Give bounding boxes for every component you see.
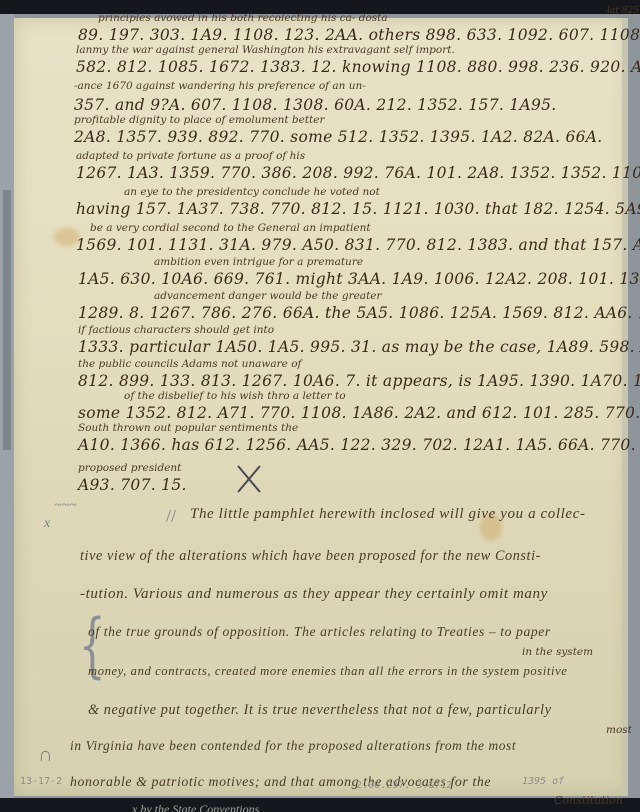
cipher-line: 1333. particular 1A50. 1A5. 995. 31. as … — [78, 338, 640, 356]
cipher-gloss: adapted to private fortune as a proof of… — [76, 150, 305, 162]
cipher-gloss: principles avowed in his both recolectin… — [98, 12, 388, 24]
corner-note: -lat 825 — [604, 6, 639, 16]
cipher-gloss: the public councils Adams not unaware of — [78, 358, 301, 370]
cipher-gloss: profitable dignity to place of emolument… — [74, 114, 325, 126]
cipher-line: 2A8. 1357. 939. 892. 770. some 512. 1352… — [74, 128, 603, 146]
cipher-line: 1A5. 630. 10A6. 669. 761. might 3AA. 1A9… — [78, 270, 640, 288]
paragraph-mark: // — [166, 506, 176, 527]
archival-mark-right: 1395 of — [522, 776, 564, 787]
cipher-gloss: proposed president — [78, 462, 181, 474]
cipher-gloss: be a very cordial second to the General … — [90, 222, 371, 234]
cipher-line: 582. 812. 1085. 1672. 1383. 12. knowing … — [76, 58, 640, 76]
handwriting-layer: -lat 825 principles avowed in his both r… — [14, 18, 628, 796]
cipher-gloss: South thrown out popular sentiments the — [78, 422, 298, 434]
margin-mark: ∩ — [38, 744, 52, 767]
manuscript-page: -lat 825 principles avowed in his both r… — [14, 18, 628, 796]
cipher-line: A93. 707. 15. — [78, 476, 187, 494]
archival-mark-center: 2.00.237. 3.&712 — [356, 780, 452, 791]
cipher-line: A10. 1366. has 612. 1256. AA5. 122. 329.… — [78, 436, 640, 454]
cipher-line: some 1352. 812. A71. 770. 1108. 1A86. 2A… — [78, 404, 640, 422]
interlinear-insertion: most — [606, 724, 632, 736]
prose-line: in Virginia have been contended for the … — [70, 738, 516, 754]
mount-left-strip-shadow — [3, 190, 11, 450]
cross-mark-icon — [236, 464, 262, 492]
cipher-line: 1267. 1A3. 1359. 770. 386. 208. 992. 76A… — [76, 164, 640, 182]
interlinear-insertion: in the system — [522, 646, 593, 658]
cipher-line: having 157. 1A37. 738. 770. 812. 15. 112… — [76, 200, 640, 218]
prose-line: & negative put together. It is true neve… — [88, 702, 552, 719]
cipher-line: 357. and 9?A. 607. 1108. 1308. 60A. 212.… — [74, 96, 557, 114]
catchword: Constitution — [554, 794, 623, 807]
prose-line: tive view of the alterations which have … — [80, 548, 541, 565]
archival-mark-left: 13-17-2 — [20, 776, 62, 787]
cipher-gloss: of the disbelief to his wish thro a lett… — [124, 390, 346, 402]
margin-dash-mark: ~~~ — [54, 498, 77, 514]
cipher-gloss: an eye to the presidentcy conclude he vo… — [124, 186, 380, 198]
cipher-line: 812. 899. 133. 813. 1267. 10A6. 7. it ap… — [78, 372, 640, 390]
prose-line: of the true grounds of opposition. The a… — [88, 624, 551, 640]
cipher-line: 1569. 101. 1131. 31A. 979. A50. 831. 770… — [76, 236, 640, 254]
cipher-gloss: lanmy the war against general Washington… — [76, 44, 455, 56]
cipher-gloss: -ance 1670 against wandering his prefere… — [74, 80, 366, 92]
prose-line: The little pamphlet herewith inclosed wi… — [190, 506, 586, 523]
prose-line: -tution. Various and numerous as they ap… — [80, 586, 548, 603]
cipher-line: 89. 197. 303. 1A9. 1108. 123. 2AA. other… — [78, 26, 640, 44]
prose-line: money, and contracts, created more enemi… — [88, 664, 567, 679]
cipher-gloss: ambition even intrigue for a premature — [154, 256, 363, 268]
cipher-line: 1289. 8. 1267. 786. 276. 66A. the 5A5. 1… — [78, 304, 640, 322]
pencil-footnote: x by the State Conventions — [132, 802, 259, 812]
cipher-gloss: if factious characters should get into — [78, 324, 274, 336]
margin-x-mark: x — [44, 516, 50, 532]
cipher-gloss: advancement danger would be the greater — [154, 290, 382, 302]
